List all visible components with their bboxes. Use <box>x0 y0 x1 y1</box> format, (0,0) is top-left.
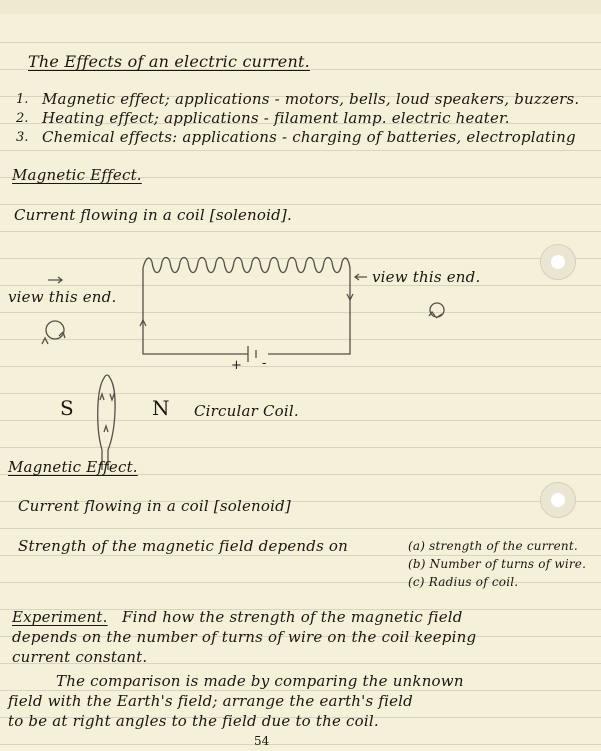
paragraph-line: field with the Earth's field; arrange th… <box>8 692 413 710</box>
circular-coil-label: Circular Coil. <box>194 402 299 420</box>
battery-plus: + <box>231 358 242 373</box>
north-pole-label: N <box>152 396 170 420</box>
south-pole-label: S <box>60 396 74 420</box>
experiment-line: depends on the number of turns of wire o… <box>12 628 476 646</box>
page-number: 54 <box>254 734 269 748</box>
experiment-line: current constant. <box>12 648 147 666</box>
notebook-page: The Effects of an electric current. 1. M… <box>0 0 601 751</box>
right-view-label: view this end. <box>372 268 480 286</box>
section-heading: Magnetic Effect. <box>8 458 138 476</box>
experiment-line: Find how the strength of the magnetic fi… <box>122 608 463 626</box>
factor-item: (a) strength of the current. <box>408 539 578 553</box>
paragraph-line: to be at right angles to the field due t… <box>8 712 379 730</box>
factor-item: (c) Radius of coil. <box>408 575 518 589</box>
paragraph-line: The comparison is made by comparing the … <box>56 672 464 690</box>
solenoid-line: Current flowing in a coil [solenoid] <box>18 497 291 515</box>
depends-intro: Strength of the magnetic field depends o… <box>18 537 348 555</box>
experiment-label: Experiment. <box>12 608 108 626</box>
left-view-label: view this end. <box>8 288 116 306</box>
battery-minus: - <box>262 356 267 371</box>
factor-item: (b) Number of turns of wire. <box>408 557 586 571</box>
